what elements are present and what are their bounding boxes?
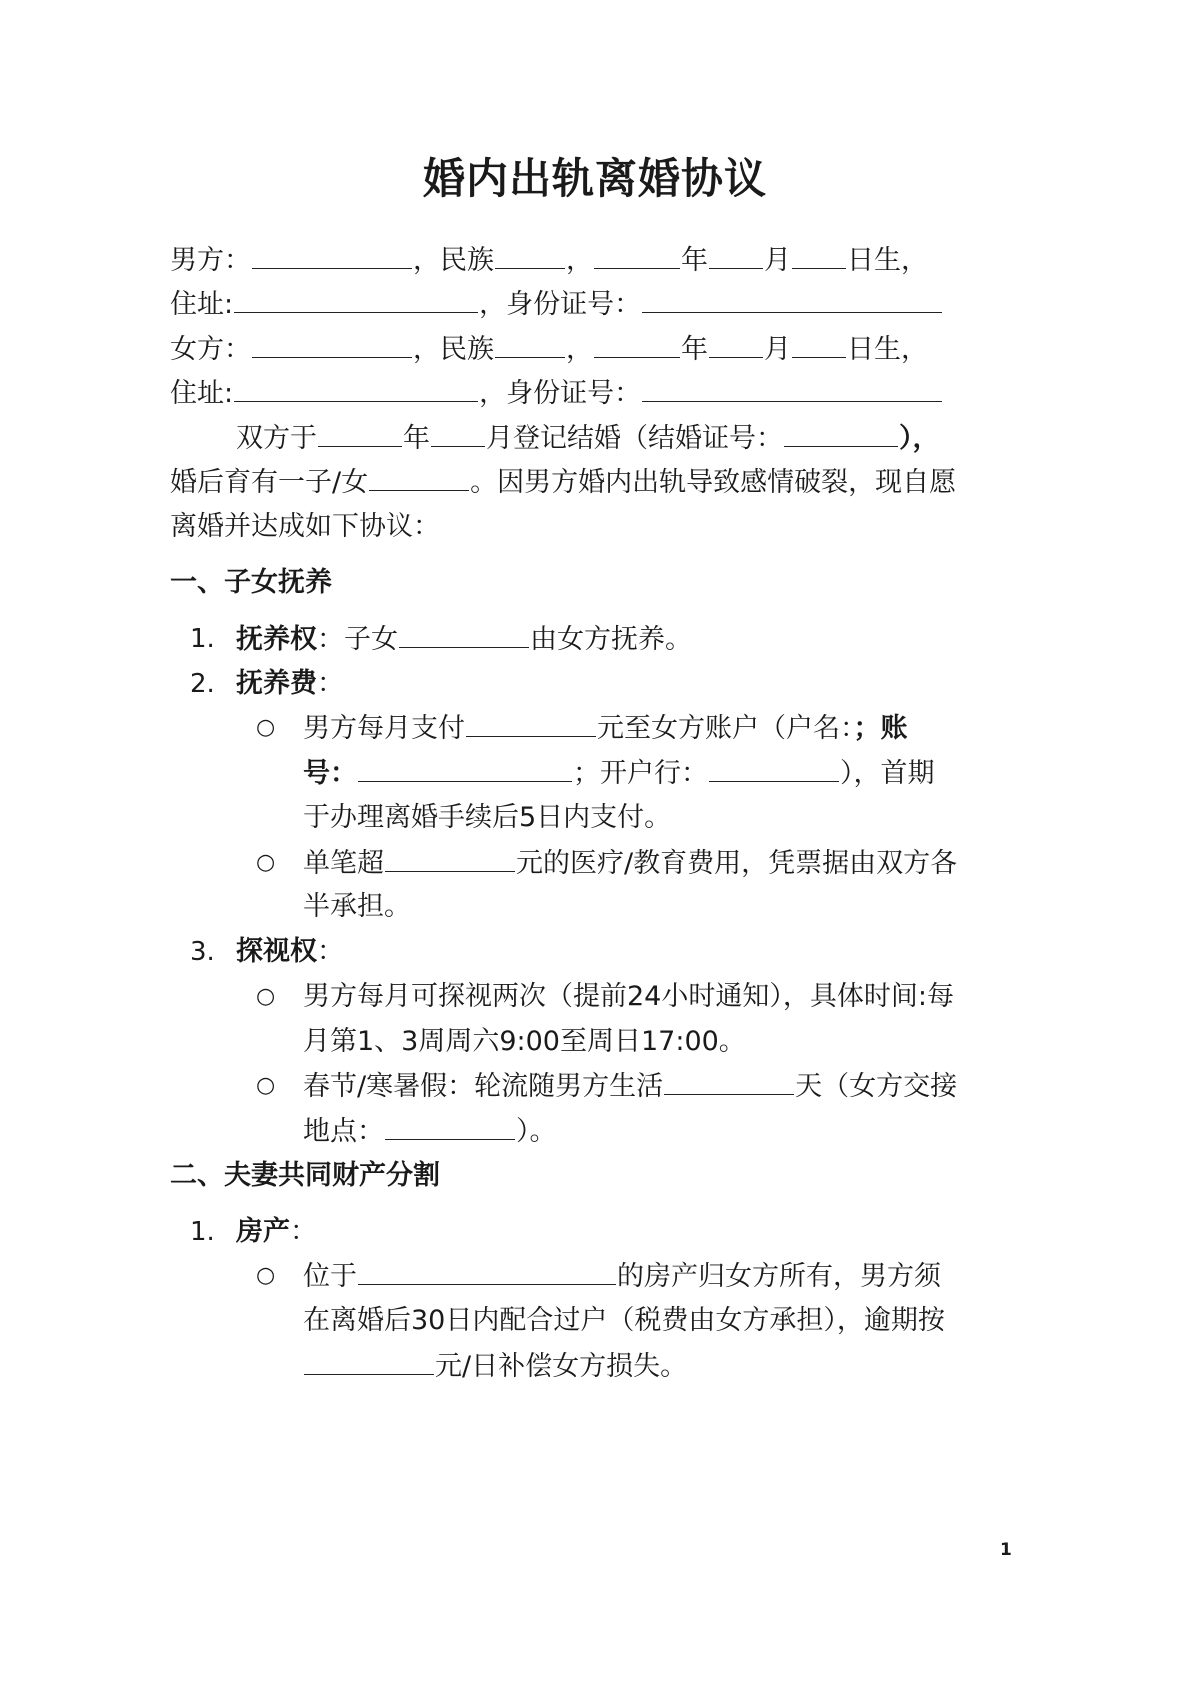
address-label: 住址: (170, 378, 233, 409)
custody-item: 抚养权：子女由女方抚养。 (236, 621, 692, 658)
support-bullet-2-line-1: 单笔超元的医疗/教育费用，凭票据由双方各 (303, 845, 957, 882)
item-text: 号： (303, 758, 357, 789)
female-birth-year-blank[interactable] (594, 331, 680, 358)
male-address-line: 住址:，身份证号： (170, 286, 943, 323)
intro-text: ）， (899, 423, 940, 454)
item-text: ），首期 (840, 758, 935, 789)
item-number: 2. (190, 666, 215, 702)
visitation-bullet-2-line-2: 地点：）。 (303, 1113, 557, 1150)
male-name-blank[interactable] (252, 242, 412, 269)
item-text: ；开户行： (573, 758, 708, 789)
month-label: 月 (764, 334, 791, 365)
female-label: 女方： (170, 334, 251, 365)
id-label: ，身份证号： (479, 378, 641, 409)
item-text: 单笔超 (303, 848, 384, 879)
monthly-amount-blank[interactable] (466, 710, 596, 737)
id-label: ，身份证号： (479, 289, 641, 320)
male-address-blank[interactable] (234, 286, 478, 313)
item-text: 天（女方交接 (795, 1071, 957, 1102)
property-location-blank[interactable] (358, 1258, 616, 1285)
ethnicity-label: ，民族 (413, 334, 494, 365)
female-ethnicity-blank[interactable] (495, 331, 565, 358)
visitation-bullet-1-line-1: 男方每月可探视两次（提前24小时通知），具体时间:每 (303, 979, 954, 1015)
holiday-days-blank[interactable] (664, 1068, 794, 1095)
male-birth-year-blank[interactable] (594, 242, 680, 269)
bullet-icon: ○ (256, 710, 275, 746)
visitation-item: 探视权： (236, 934, 344, 970)
male-ethnicity-blank[interactable] (495, 242, 565, 269)
custody-child-blank[interactable] (399, 621, 529, 648)
month-label: 月 (764, 245, 791, 276)
separator: ， (566, 334, 593, 365)
child-name-blank[interactable] (369, 464, 469, 491)
male-label: 男方： (170, 245, 251, 276)
item-text: 位于 (303, 1261, 357, 1292)
bullet-icon: ○ (256, 1068, 275, 1104)
female-id-blank[interactable] (642, 375, 942, 402)
item-text: ： (317, 668, 344, 699)
year-label: 年 (681, 245, 708, 276)
item-text: ： (317, 936, 344, 967)
bullet-icon: ○ (256, 1258, 275, 1294)
support-bullet-2-line-2: 半承担。 (303, 889, 411, 925)
bullet-icon: ○ (256, 845, 275, 881)
daily-penalty-blank[interactable] (304, 1348, 434, 1375)
item-number: 3. (190, 934, 215, 970)
intro-text: 离婚并达成如下协议： (170, 511, 440, 542)
marriage-year-blank[interactable] (318, 420, 402, 447)
year-label: 年 (681, 334, 708, 365)
custody-label: 抚养权 (236, 624, 317, 655)
separator: ， (566, 245, 593, 276)
handover-location-blank[interactable] (385, 1113, 515, 1140)
support-bullet-1-line-2: 号：；开户行：），首期 (303, 755, 935, 792)
account-number-blank[interactable] (358, 755, 572, 782)
support-item: 抚养费： (236, 666, 344, 702)
intro-text: 双方于 (236, 423, 317, 454)
marriage-month-blank[interactable] (431, 420, 485, 447)
female-address-blank[interactable] (234, 375, 478, 402)
intro-line-1: 双方于年月登记结婚（结婚证号：）， (236, 420, 940, 457)
male-id-blank[interactable] (642, 286, 942, 313)
support-bullet-1-line-1: 男方每月支付元至女方账户（户名：；账 (303, 710, 908, 747)
intro-line-3: 离婚并达成如下协议： (170, 509, 440, 545)
item-text: ：子女 (317, 624, 398, 655)
visitation-bullet-2-line-1: 春节/寒暑假：轮流随男方生活天（女方交接 (303, 1068, 957, 1105)
male-birth-month-blank[interactable] (709, 242, 763, 269)
real-estate-bullet-line-1: 位于的房产归女方所有，男方须 (303, 1258, 941, 1295)
male-party-line: 男方：，民族，年月日生， (170, 242, 928, 279)
item-text: 元的医疗/教育费用，凭票据由双方各 (516, 848, 957, 879)
item-text: ： (290, 1216, 317, 1247)
real-estate-bullet-line-3: 元/日补偿女方损失。 (303, 1348, 687, 1385)
female-birth-day-blank[interactable] (792, 331, 846, 358)
item-text: ；账 (854, 713, 908, 744)
item-number: 1. (190, 1214, 215, 1250)
document-page: 婚内出轨离婚协议 男方：，民族，年月日生， 住址:，身份证号： 女方：，民族，年… (0, 0, 1190, 1684)
intro-text: 年 (403, 423, 430, 454)
male-birth-day-blank[interactable] (792, 242, 846, 269)
real-estate-label: 房产 (236, 1216, 290, 1247)
ethnicity-label: ，民族 (413, 245, 494, 276)
visitation-bullet-1-line-2: 月第1、3周周六9:00至周日17:00。 (303, 1024, 746, 1060)
real-estate-item: 房产： (236, 1214, 317, 1250)
intro-text: 婚后育有一子/女 (170, 467, 368, 498)
female-address-line: 住址:，身份证号： (170, 375, 943, 412)
page-number: 1 (1000, 1540, 1012, 1560)
address-label: 住址: (170, 289, 233, 320)
female-name-blank[interactable] (252, 331, 412, 358)
item-text: 元/日补偿女方损失。 (435, 1351, 687, 1382)
document-title: 婚内出轨离婚协议 (0, 146, 1190, 206)
visitation-label: 探视权 (236, 936, 317, 967)
marriage-cert-blank[interactable] (784, 420, 898, 447)
item-text: 春节/寒暑假：轮流随男方生活 (303, 1071, 663, 1102)
section-heading-child-custody: 一、子女抚养 (170, 565, 332, 601)
real-estate-bullet-line-2: 在离婚后30日内配合过户（税费由女方承担），逾期按 (303, 1303, 945, 1339)
bullet-icon: ○ (256, 979, 275, 1015)
item-text: 由女方抚养。 (530, 624, 692, 655)
bank-blank[interactable] (709, 755, 839, 782)
item-text: 地点： (303, 1116, 384, 1147)
item-text: 的房产归女方所有，男方须 (617, 1261, 941, 1292)
intro-text: 。因男方婚内出轨导致感情破裂，现自愿 (470, 467, 956, 498)
expense-threshold-blank[interactable] (385, 845, 515, 872)
support-label: 抚养费 (236, 668, 317, 699)
day-born-label: 日生， (847, 334, 928, 365)
item-text: ）。 (516, 1116, 557, 1147)
day-born-label: 日生， (847, 245, 928, 276)
female-birth-month-blank[interactable] (709, 331, 763, 358)
support-bullet-1-line-3: 于办理离婚手续后5日内支付。 (303, 800, 671, 836)
female-party-line: 女方：，民族，年月日生， (170, 331, 928, 368)
intro-line-2: 婚后育有一子/女。因男方婚内出轨导致感情破裂，现自愿 (170, 464, 956, 501)
intro-text: 月登记结婚（结婚证号： (486, 423, 783, 454)
item-text: 男方每月支付 (303, 713, 465, 744)
item-number: 1. (190, 621, 215, 657)
section-heading-property-division: 二、夫妻共同财产分割 (170, 1158, 440, 1194)
item-text: 元至女方账户（户名： (597, 713, 854, 744)
